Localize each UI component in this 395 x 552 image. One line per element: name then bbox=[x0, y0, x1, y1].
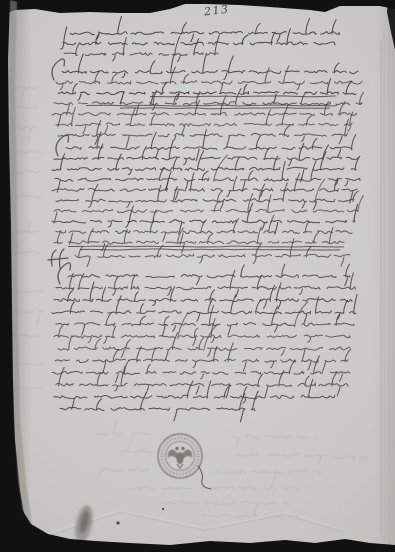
ghost-writing-line bbox=[15, 238, 40, 253]
underline-stroke bbox=[150, 96, 336, 97]
handwriting-line bbox=[56, 270, 355, 297]
ink-squiggle bbox=[198, 466, 211, 489]
ghost-writing-line bbox=[14, 106, 37, 108]
library-stamp bbox=[158, 434, 202, 478]
ink-speck bbox=[116, 521, 119, 524]
handwriting-line bbox=[70, 16, 339, 41]
ghost-writing-line bbox=[13, 126, 38, 140]
handwriting-line bbox=[52, 203, 358, 234]
underline-stroke bbox=[68, 246, 344, 247]
handwriting-line bbox=[68, 264, 350, 286]
paragraph-initial-flourish bbox=[56, 135, 69, 156]
photo-edge-top-right bbox=[387, 0, 395, 50]
handwriting-line bbox=[52, 96, 357, 127]
manuscript-photo: 213 bbox=[0, 0, 395, 552]
handwriting-line bbox=[64, 35, 219, 61]
handwriting-line bbox=[56, 366, 348, 397]
handwriting-line bbox=[55, 343, 351, 374]
ghost-writing-line bbox=[13, 87, 37, 100]
ghost-writing-line bbox=[160, 502, 290, 505]
paper-crease bbox=[120, 512, 205, 530]
handwriting-line bbox=[54, 379, 335, 409]
stamp-eagle-left-head bbox=[175, 447, 179, 451]
paper-crease-highlight bbox=[285, 513, 345, 531]
ghost-writing-line bbox=[13, 171, 40, 174]
ghost-writing-line bbox=[15, 151, 41, 154]
underline-stroke bbox=[120, 108, 330, 109]
handwriting-line bbox=[60, 391, 258, 422]
handwriting-line bbox=[55, 161, 360, 192]
photo-edge-bottom bbox=[0, 468, 395, 552]
ghost-writing-line bbox=[15, 363, 44, 365]
handwriting-line bbox=[62, 53, 358, 79]
underline-stroke bbox=[86, 105, 337, 106]
manuscript-art-layer bbox=[0, 0, 395, 552]
ghost-writing-line bbox=[214, 470, 322, 473]
handwriting-line bbox=[56, 66, 362, 94]
ghost-writing-line bbox=[14, 195, 41, 198]
ghost-writing-line bbox=[236, 453, 329, 466]
underline-stroke bbox=[80, 249, 340, 250]
handwriting-line bbox=[56, 306, 354, 337]
ghost-writing-line bbox=[120, 437, 155, 453]
paragraph-initial-flourish bbox=[52, 59, 65, 80]
stamp-eagle-right-wing bbox=[182, 450, 192, 459]
ghost-writing-line bbox=[95, 418, 150, 435]
paper-crease-highlight bbox=[120, 511, 205, 529]
paper-crease-highlight bbox=[338, 431, 344, 539]
handwriting-line bbox=[56, 183, 358, 210]
handwriting-line bbox=[54, 194, 363, 224]
ghost-writing-line bbox=[330, 457, 368, 459]
handwriting-line bbox=[61, 27, 335, 49]
stamp-eagle-left-wing bbox=[168, 450, 178, 459]
ghost-writing-line bbox=[98, 469, 150, 480]
ink-speck bbox=[162, 508, 164, 510]
stamp-eagle-right-head bbox=[181, 447, 185, 451]
handwriting-line bbox=[54, 319, 350, 346]
paper-crease-highlight bbox=[205, 513, 285, 529]
ghost-writing-line bbox=[232, 436, 318, 449]
photo-edge-top bbox=[0, 0, 395, 13]
handwriting-line bbox=[56, 215, 352, 244]
ghost-writing-line bbox=[14, 311, 44, 325]
stamp-eagle-tail bbox=[177, 464, 183, 468]
paper-crease-highlight bbox=[374, 54, 377, 429]
paper-crease bbox=[285, 514, 345, 532]
ghost-writing-line bbox=[130, 471, 300, 495]
